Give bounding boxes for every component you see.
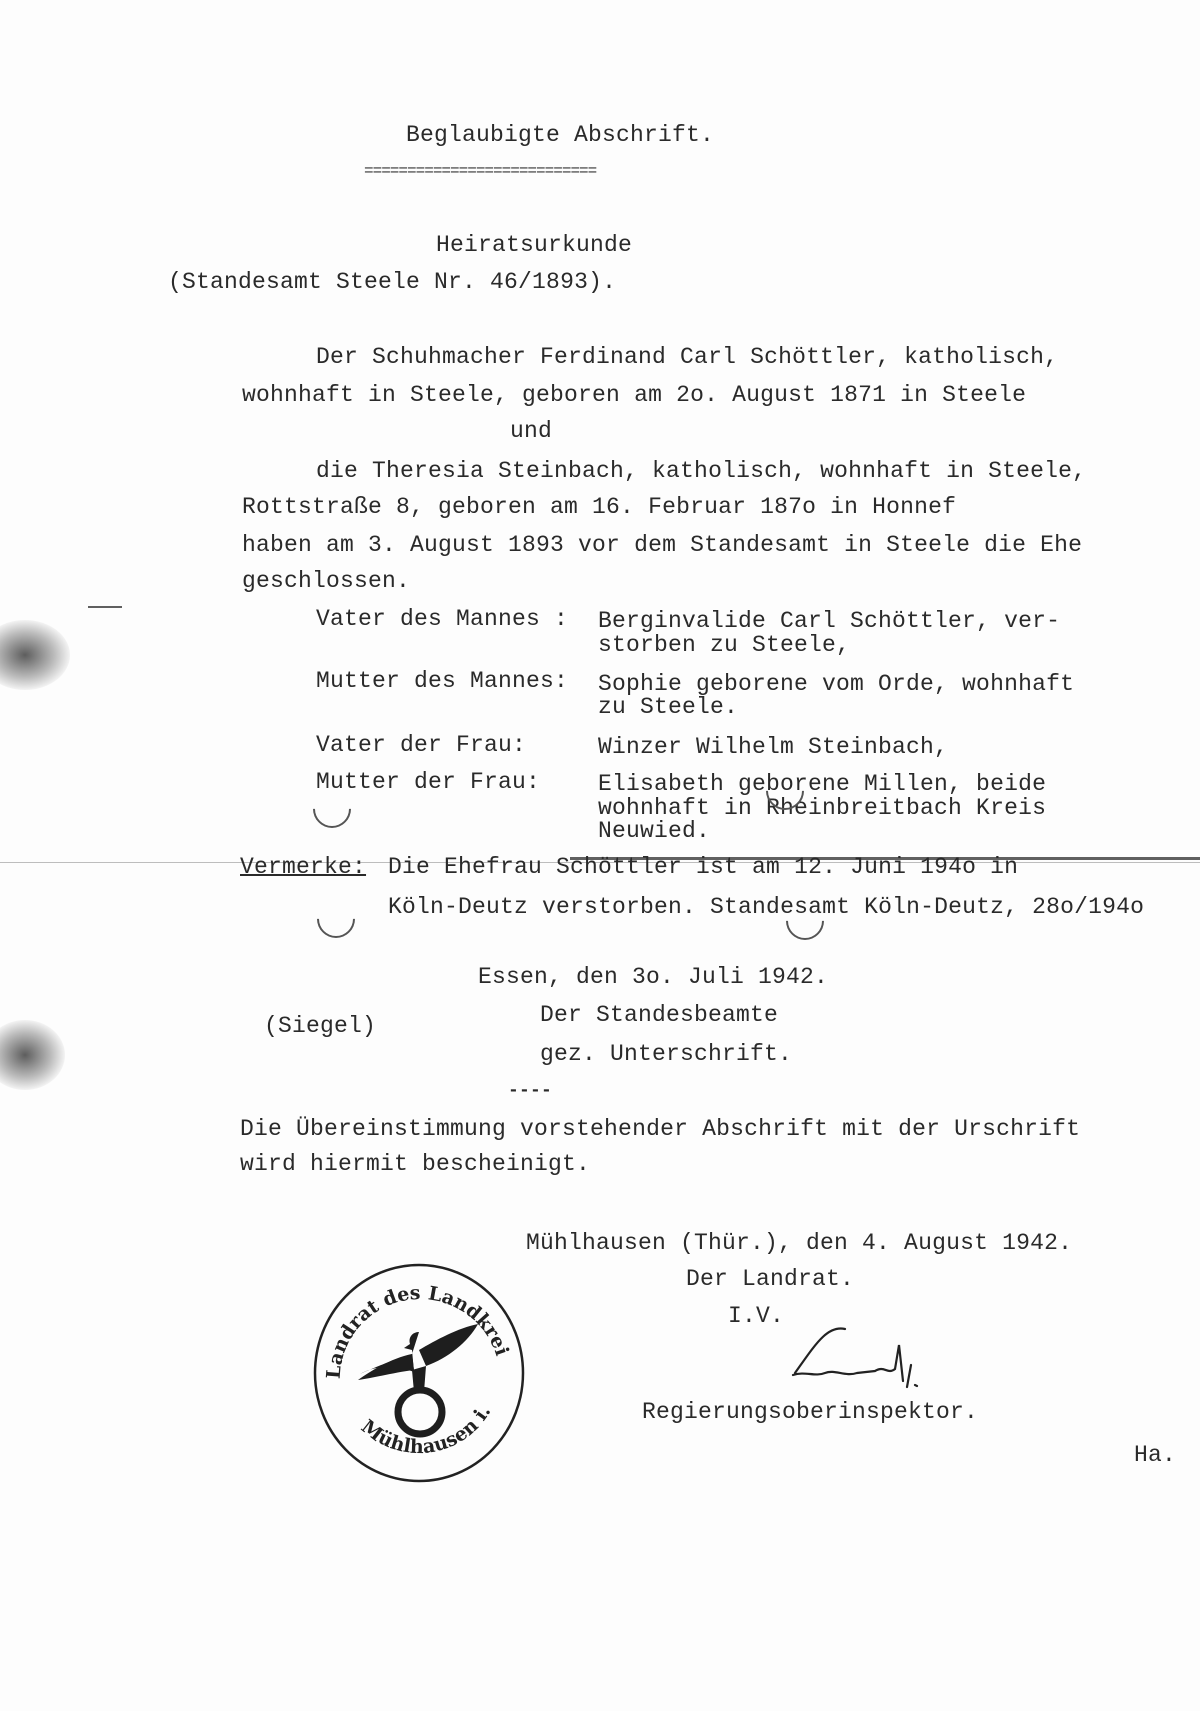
parent-label: Mutter des Mannes: xyxy=(316,670,568,693)
parent-label: Vater der Frau: xyxy=(316,734,526,757)
body-line: haben am 3. August 1893 vor dem Standesa… xyxy=(242,534,1082,557)
issuing-official: Der Standesbeamte xyxy=(540,1004,778,1027)
parent-value: wohnhaft in Rheinbreitbach Kreis xyxy=(598,797,1046,820)
document-page: Beglaubigte Abschrift. =================… xyxy=(0,0,1200,1711)
handwritten-signature xyxy=(775,1325,955,1395)
remarks-label: Vermerke: xyxy=(240,856,366,879)
body-line: Der Schuhmacher Ferdinand Carl Schöttler… xyxy=(316,346,1058,369)
scan-smudge xyxy=(0,620,70,690)
parent-value: Neuwied. xyxy=(598,820,710,843)
clerk-initials: Ha. xyxy=(1134,1444,1176,1467)
parent-value: zu Steele. xyxy=(598,696,738,719)
document-heading: Heiratsurkunde xyxy=(436,234,632,257)
separator: ---- xyxy=(508,1082,552,1100)
issue-place-date: Essen, den 3o. Juli 1942. xyxy=(478,966,828,989)
margin-mark xyxy=(88,606,122,608)
body-line: Rottstraße 8, geboren am 16. Februar 187… xyxy=(242,496,956,519)
body-line: die Theresia Steinbach, katholisch, wohn… xyxy=(316,460,1086,483)
parent-value: Sophie geborene vom Orde, wohnhaft xyxy=(598,673,1074,696)
certification-line: wird hiermit bescheinigt. xyxy=(240,1153,590,1176)
certifier-place-date: Mühlhausen (Thür.), den 4. August 1942. xyxy=(526,1232,1072,1255)
body-line: geschlossen. xyxy=(242,570,410,593)
parent-label: Vater des Mannes : xyxy=(316,608,568,631)
seal-note: (Siegel) xyxy=(264,1015,376,1038)
remarks-line: Die Ehefrau Schöttler ist am 12. Juni 19… xyxy=(388,856,1018,879)
document-title: Beglaubigte Abschrift. xyxy=(406,124,714,147)
parent-value: Elisabeth geborene Millen, beide xyxy=(598,773,1046,796)
parent-value: Winzer Wilhelm Steinbach, xyxy=(598,736,948,759)
punch-hole-mark xyxy=(309,892,363,946)
eagle-emblem-icon xyxy=(358,1324,478,1434)
parent-value: storben zu Steele, xyxy=(598,634,850,657)
remarks-line: Köln-Deutz verstorben. Standesamt Köln-D… xyxy=(388,896,1144,919)
body-line: wohnhaft in Steele, geboren am 2o. Augus… xyxy=(242,384,1026,407)
parent-value: Berginvalide Carl Schöttler, ver- xyxy=(598,610,1060,633)
scan-smudge xyxy=(0,1020,65,1090)
certifier-office: Der Landrat. xyxy=(686,1268,854,1291)
official-seal: Landrat des Landkreises Mühlhausen i. Th… xyxy=(308,1262,530,1484)
body-line: und xyxy=(510,420,552,443)
parent-label: Mutter der Frau: xyxy=(316,771,540,794)
issue-signed: gez. Unterschrift. xyxy=(540,1043,792,1066)
title-rule: =========================== xyxy=(364,162,596,180)
certification-line: Die Übereinstimmung vorstehender Abschri… xyxy=(240,1118,1080,1141)
document-subheading: (Standesamt Steele Nr. 46/1893). xyxy=(168,271,616,294)
certifier-title: Regierungsoberinspektor. xyxy=(642,1401,978,1424)
